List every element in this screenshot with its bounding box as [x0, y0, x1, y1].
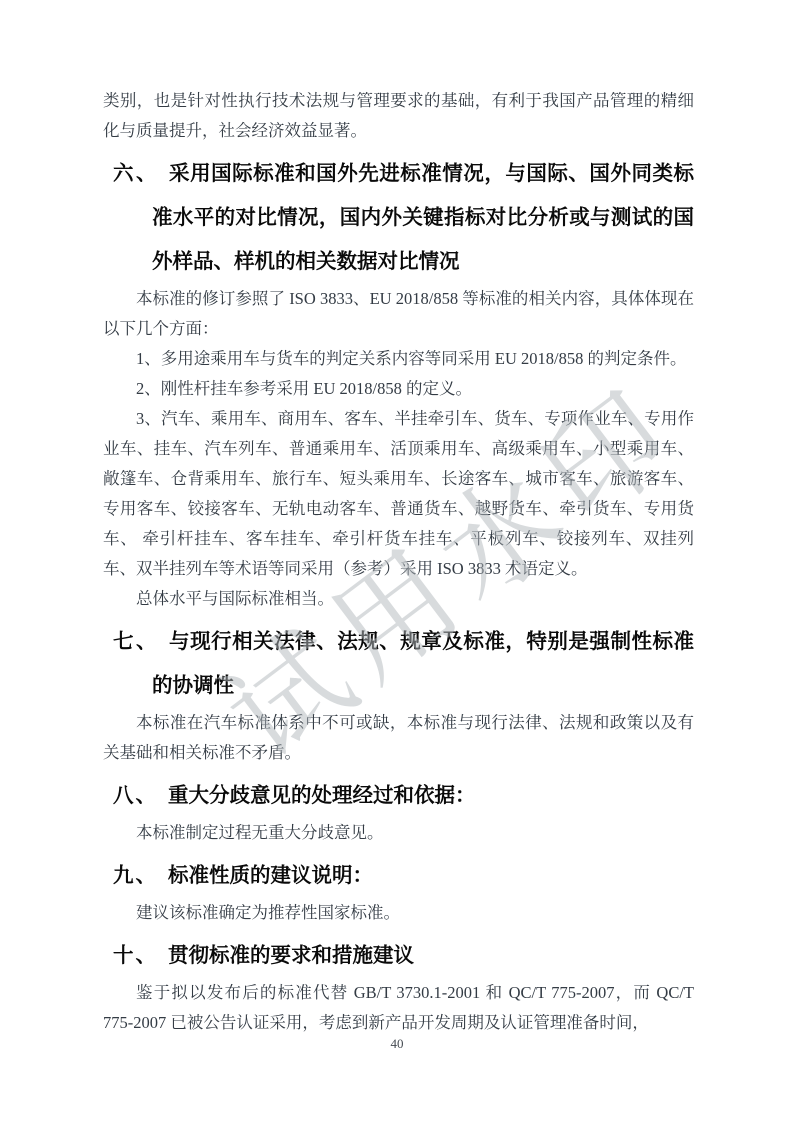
page-number: 40 [0, 1036, 794, 1052]
section-number-9: 九、 [113, 864, 158, 887]
paragraph-section-9: 建议该标准确定为推荐性国家标准。 [103, 898, 694, 928]
section-title-8: 重大分歧意见的处理经过和依据： [168, 784, 476, 807]
section-title-10: 贯彻标准的要求和措施建议 [168, 944, 414, 967]
section-number-8: 八、 [113, 784, 158, 807]
section-heading-9: 九、标准性质的建议说明： [103, 854, 694, 898]
section-title-7: 与现行相关法律、法规、规章及标准，特别是强制性标准的协调性 [152, 630, 694, 697]
document-page: 类别，也是针对性执行技术法规与管理要求的基础，有利于我国产品管理的精细化与质量提… [0, 0, 794, 1123]
section-heading-6: 六、采用国际标准和国外先进标准情况，与国际、国外同类标准水平的对比情况，国内外关… [103, 152, 694, 284]
section-number-10: 十、 [113, 944, 158, 967]
section-heading-10: 十、贯彻标准的要求和措施建议 [103, 934, 694, 978]
document-body: 类别，也是针对性执行技术法规与管理要求的基础，有利于我国产品管理的精细化与质量提… [103, 86, 694, 1038]
paragraph-section-7: 本标准在汽车标准体系中不可或缺，本标准与现行法律、法规和政策以及有关基础和相关标… [103, 708, 694, 768]
paragraph-section-10: 鉴于拟以发布后的标准代替 GB/T 3730.1-2001 和 QC/T 775… [103, 978, 694, 1038]
section-title-9: 标准性质的建议说明： [168, 864, 373, 887]
section-title-6: 采用国际标准和国外先进标准情况，与国际、国外同类标准水平的对比情况，国内外关键指… [152, 162, 694, 273]
paragraph-continued: 类别，也是针对性执行技术法规与管理要求的基础，有利于我国产品管理的精细化与质量提… [103, 86, 694, 146]
section-heading-8: 八、重大分歧意见的处理经过和依据： [103, 774, 694, 818]
paragraph-overall-level: 总体水平与国际标准相当。 [103, 584, 694, 614]
section-number-7: 七、 [113, 630, 159, 653]
list-item-2: 2、刚性杆挂车参考采用 EU 2018/858 的定义。 [103, 374, 694, 404]
list-item-3: 3、汽车、乘用车、商用车、客车、半挂牵引车、货车、专项作业车、专用作业车、挂车、… [103, 404, 694, 584]
list-item-1: 1、多用途乘用车与货车的判定关系内容等同采用 EU 2018/858 的判定条件… [103, 344, 694, 374]
paragraph-intro: 本标准的修订参照了 ISO 3833、EU 2018/858 等标准的相关内容，… [103, 284, 694, 344]
section-number-6: 六、 [113, 162, 159, 185]
section-heading-7: 七、与现行相关法律、法规、规章及标准，特别是强制性标准的协调性 [103, 620, 694, 708]
paragraph-section-8: 本标准制定过程无重大分歧意见。 [103, 818, 694, 848]
